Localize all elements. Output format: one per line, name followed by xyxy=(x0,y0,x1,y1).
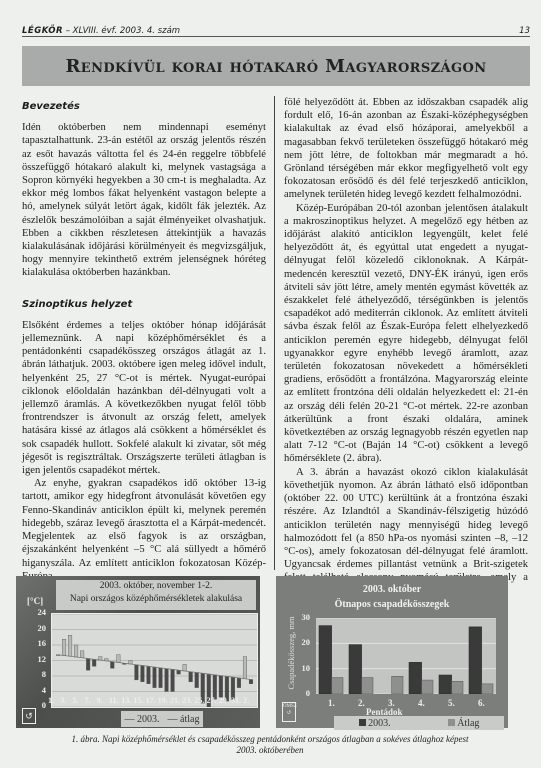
caption-line-2: 2003. októberében xyxy=(30,745,510,756)
synoptic-paragraph-3: Közép-Európában 20-tól azonban jelentőse… xyxy=(284,202,528,466)
x-tick: 19. xyxy=(158,696,168,705)
temperature-chart-title: 2003. október, november 1-2. Napi ország… xyxy=(56,580,256,610)
y-axis-unit: [°C] xyxy=(27,596,43,606)
temperature-legend: — 2003. — átlag xyxy=(121,711,203,727)
x-tick: 11. xyxy=(109,696,119,705)
chart-title-line: 2003. október, november 1-2. xyxy=(56,580,256,593)
page-number: 13 xyxy=(519,26,530,36)
y-tick: 20 xyxy=(26,623,46,633)
x-tick: 1. xyxy=(48,696,54,705)
journal-name: LÉGKÖR xyxy=(22,26,63,36)
section-heading-synoptic: Szinoptikus helyzet xyxy=(22,298,266,311)
x-tick: 17. xyxy=(146,696,156,705)
left-column: Bevezetés Idén októberben nem mindennapi… xyxy=(22,96,266,583)
y-tick: 16 xyxy=(26,638,46,648)
chart-title-line: 2003. október xyxy=(276,582,508,597)
y-tick: 8 xyxy=(26,669,46,679)
temperature-chart: 2003. október, november 1-2. Napi ország… xyxy=(16,576,260,728)
section-heading-intro: Bevezetés xyxy=(22,100,266,113)
intro-paragraph: Idén októberben nem mindennapi eseményt … xyxy=(22,121,266,279)
x-tick: 23. xyxy=(182,696,192,705)
x-tick: 27. xyxy=(207,696,217,705)
journal-info: LÉGKÖR – XLVIII. évf. 2003. 4. szám xyxy=(22,26,180,36)
article-title-bar: Rendkívül korai hótakaró Magyarországon xyxy=(22,46,530,86)
x-tick: 6. xyxy=(478,698,485,708)
x-tick: 5. xyxy=(448,698,455,708)
synoptic-paragraph-2-cont: fölé helyeződött át. Ebben az időszakban… xyxy=(284,96,528,202)
figure-caption: 1. ábra. Napi középhőmérséklet és csapad… xyxy=(30,734,510,756)
legend-2003: — 2003. xyxy=(125,714,160,725)
issue-info: – XLVIII. évf. 2003. 4. szám xyxy=(66,26,180,36)
x-tick: 2. xyxy=(243,696,249,705)
x-tick: 29. xyxy=(219,696,229,705)
x-tick: 4. xyxy=(418,698,425,708)
legend-average: — átlag xyxy=(168,714,200,725)
synoptic-paragraph-2: Az enyhe, gyakran csapadékos idő október… xyxy=(22,477,266,583)
precipitation-plot-area xyxy=(316,618,496,694)
y-tick: 4 xyxy=(26,685,46,695)
y-tick: 30 xyxy=(290,612,310,622)
caption-line-1: 1. ábra. Napi középhőmérséklet és csapad… xyxy=(30,734,510,745)
omsz-logo-icon: OMSZ↺ xyxy=(282,702,296,722)
x-tick: 5. xyxy=(72,696,78,705)
y-tick: 24 xyxy=(26,607,46,617)
y-tick: 20 xyxy=(290,637,310,647)
x-tick: 9. xyxy=(97,696,103,705)
legend-average: Átlag xyxy=(448,718,480,729)
temperature-plot-area xyxy=(51,613,258,708)
precipitation-bars xyxy=(316,618,496,694)
running-header: LÉGKÖR – XLVIII. évf. 2003. 4. szám 13 xyxy=(22,20,530,37)
x-tick: 7. xyxy=(85,696,91,705)
y-tick: 10 xyxy=(290,663,310,673)
article-title: Rendkívül korai hótakaró Magyarországon xyxy=(65,56,486,77)
y-tick: 0 xyxy=(290,688,310,698)
precipitation-chart: 2003. október Ötnapos csapadékösszegek C… xyxy=(276,576,508,728)
x-tick: 21. xyxy=(170,696,180,705)
chart-subtitle-line: Ötnapos csapadékösszegek xyxy=(276,597,508,612)
y-tick: 12 xyxy=(26,654,46,664)
chart-subtitle-line: Napi országos középhőmérsékletek alakulá… xyxy=(56,593,256,606)
precipitation-chart-title: 2003. október Ötnapos csapadékösszegek xyxy=(276,582,508,612)
precipitation-legend: 2003. Átlag xyxy=(334,716,504,730)
temperature-bars xyxy=(52,614,257,707)
synoptic-paragraph-1: Elsőként érdemes a teljes október hónap … xyxy=(22,319,266,477)
right-column: fölé helyeződött át. Ebben az időszakban… xyxy=(284,96,528,598)
x-tick: 13. xyxy=(121,696,131,705)
column-divider xyxy=(274,96,275,570)
omsz-logo-icon: ↺ xyxy=(22,708,36,724)
x-tick: 25. xyxy=(194,696,204,705)
x-tick: 3. xyxy=(60,696,66,705)
x-tick: 1. xyxy=(328,698,335,708)
x-tick: 15. xyxy=(133,696,143,705)
legend-2003: 2003. xyxy=(359,718,391,729)
x-tick: 31. xyxy=(231,696,241,705)
x-tick: 2. xyxy=(358,698,365,708)
